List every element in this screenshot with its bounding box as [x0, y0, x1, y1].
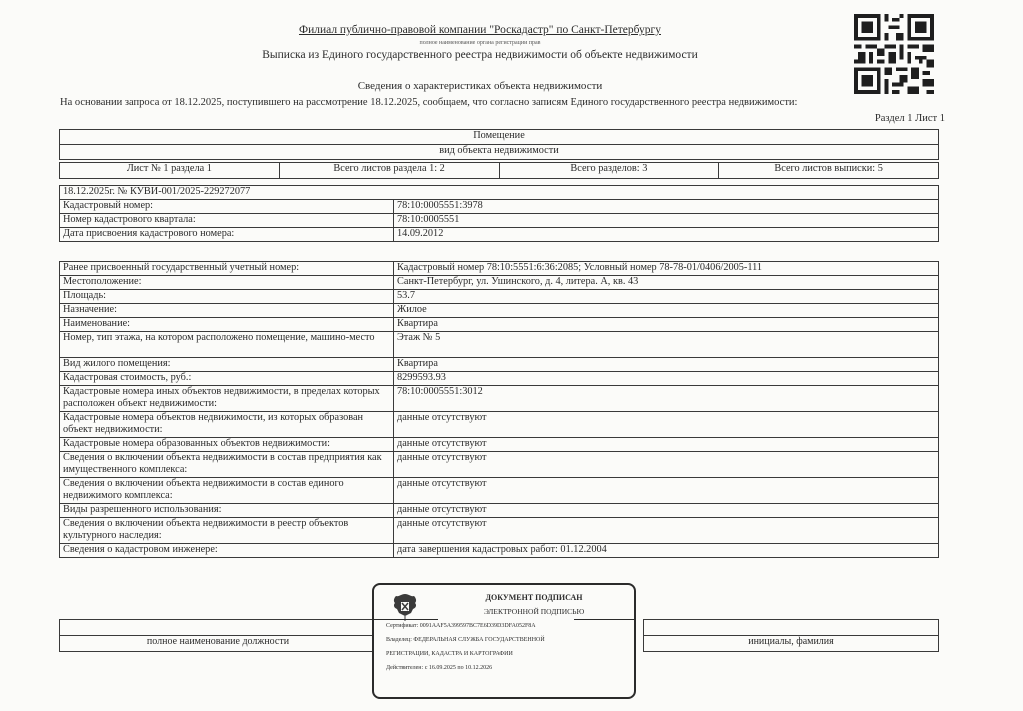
table-row: Дата присвоения кадастрового номера: 14.…	[60, 228, 939, 242]
characteristics-table: Ранее присвоенный государственный учетны…	[59, 261, 939, 558]
sheets-in-section: Всего листов раздела 1: 2	[279, 163, 499, 179]
stamp-heading: ДОКУМЕНТ ПОДПИСАН	[444, 593, 624, 602]
organization-name: Филиал публично-правовой компании "Роска…	[240, 24, 720, 36]
table-row: Кадастровые номера объектов недвижимости…	[60, 412, 939, 438]
row-label: Кадастровые номера образованных объектов…	[60, 438, 394, 452]
sections-total: Всего разделов: 3	[499, 163, 719, 179]
row-value: 78:10:0005551	[394, 214, 939, 228]
stamp-validity: Действителен: с 16.09.2025 по 10.12.2026	[386, 665, 492, 671]
stamp-certificate: Сертификат: 0091AAF5A399597BC7E6D39D3DFA…	[386, 623, 536, 629]
row-label: Дата присвоения кадастрового номера:	[60, 228, 394, 242]
row-value: Кадастровый номер 78:10:5551:6:36:2085; …	[394, 262, 939, 276]
table-row: Кадастровая стоимость, руб.:8299593.93	[60, 372, 939, 386]
row-label: Сведения о включении объекта недвижимост…	[60, 452, 394, 478]
table-row: Сведения о кадастровом инженере:дата зав…	[60, 544, 939, 558]
stamp-owner-line2: РЕГИСТРАЦИИ, КАДАСТРА И КАРТОГРАФИИ	[386, 651, 513, 657]
row-value: данные отсутствуют	[394, 412, 939, 438]
section-sheet-label: Раздел 1 Лист 1	[875, 113, 945, 124]
table-row: Сведения о включении объекта недвижимост…	[60, 478, 939, 504]
row-value: Этаж № 5	[394, 332, 939, 358]
table-row: Номер, тип этажа, на котором расположено…	[60, 332, 939, 358]
divider	[574, 619, 634, 620]
row-label: Кадастровые номера объектов недвижимости…	[60, 412, 394, 438]
row-label: Виды разрешенного использования:	[60, 504, 394, 518]
row-value: 78:10:0005551:3978	[394, 200, 939, 214]
row-label: Сведения о включении объекта недвижимост…	[60, 478, 394, 504]
row-value: данные отсутствуют	[394, 438, 939, 452]
row-label: Номер, тип этажа, на котором расположено…	[60, 332, 394, 358]
coat-of-arms-icon	[390, 591, 420, 621]
name-caption: инициалы, фамилия	[644, 636, 939, 652]
table-row: Виды разрешенного использования:данные о…	[60, 504, 939, 518]
row-label: Сведения о включении объекта недвижимост…	[60, 518, 394, 544]
table-row: Номер кадастрового квартала: 78:10:00055…	[60, 214, 939, 228]
table-row: Вид жилого помещения:Квартира	[60, 358, 939, 372]
row-value: 78:10:0005551:3012	[394, 386, 939, 412]
object-type-value: Помещение	[60, 130, 939, 145]
table-row: Назначение:Жилое	[60, 304, 939, 318]
registration-reference: 18.12.2025г. № КУВИ-001/2025-229272077	[60, 186, 939, 200]
row-label: Местоположение:	[60, 276, 394, 290]
sheets-total: Всего листов выписки: 5	[719, 163, 939, 179]
position-blank	[60, 620, 377, 636]
row-label: Ранее присвоенный государственный учетны…	[60, 262, 394, 276]
row-value: дата завершения кадастровых работ: 01.12…	[394, 544, 939, 558]
stamp-owner-line1: Владелец: ФЕДЕРАЛЬНАЯ СЛУЖБА ГОСУДАРСТВЕ…	[386, 637, 545, 643]
object-type-caption: вид объекта недвижимости	[60, 145, 939, 160]
basis-statement: На основании запроса от 18.12.2025, пост…	[60, 97, 960, 108]
document-subtitle: Сведения о характеристиках объекта недви…	[200, 80, 760, 92]
row-label: Наименование:	[60, 318, 394, 332]
table-row: Сведения о включении объекта недвижимост…	[60, 452, 939, 478]
table-row: Местоположение:Санкт-Петербург, ул. Ушин…	[60, 276, 939, 290]
row-label: Кадастровый номер:	[60, 200, 394, 214]
qr-code-icon	[853, 14, 935, 94]
row-value: данные отсутствуют	[394, 452, 939, 478]
table-row: Кадастровые номера образованных объектов…	[60, 438, 939, 452]
row-value: Санкт-Петербург, ул. Ушинского, д. 4, ли…	[394, 276, 939, 290]
table-row: Площадь:53.7	[60, 290, 939, 304]
row-label: Номер кадастрового квартала:	[60, 214, 394, 228]
sheet-info-table: Лист № 1 раздела 1 Всего листов раздела …	[59, 162, 939, 179]
row-value: 14.09.2012	[394, 228, 939, 242]
registration-table: 18.12.2025г. № КУВИ-001/2025-229272077 К…	[59, 185, 939, 242]
row-value: Квартира	[394, 318, 939, 332]
row-value: 8299593.93	[394, 372, 939, 386]
row-label: Сведения о кадастровом инженере:	[60, 544, 394, 558]
table-row: Кадастровые номера иных объектов недвижи…	[60, 386, 939, 412]
row-label: Кадастровые номера иных объектов недвижи…	[60, 386, 394, 412]
table-row: Сведения о включении объекта недвижимост…	[60, 518, 939, 544]
row-value: данные отсутствуют	[394, 478, 939, 504]
row-label: Назначение:	[60, 304, 394, 318]
row-label: Кадастровая стоимость, руб.:	[60, 372, 394, 386]
object-type-table: Помещение вид объекта недвижимости	[59, 129, 939, 160]
row-value: Жилое	[394, 304, 939, 318]
row-value: данные отсутствуют	[394, 518, 939, 544]
organization-caption: полное наименование органа регистрации п…	[240, 40, 720, 46]
document-title: Выписка из Единого государственного реес…	[200, 49, 760, 61]
row-value: данные отсутствуют	[394, 504, 939, 518]
stamp-subheading: ЭЛЕКТРОННОЙ ПОДПИСЬЮ	[444, 607, 624, 616]
name-blank	[644, 620, 939, 636]
table-row: Кадастровый номер: 78:10:0005551:3978	[60, 200, 939, 214]
sheet-number: Лист № 1 раздела 1	[60, 163, 280, 179]
row-label: Вид жилого помещения:	[60, 358, 394, 372]
position-caption: полное наименование должности	[60, 636, 377, 652]
table-row: Ранее присвоенный государственный учетны…	[60, 262, 939, 276]
row-label: Площадь:	[60, 290, 394, 304]
divider	[374, 619, 438, 620]
electronic-signature-stamp: ДОКУМЕНТ ПОДПИСАН ЭЛЕКТРОННОЙ ПОДПИСЬЮ С…	[372, 583, 636, 699]
table-row: Наименование:Квартира	[60, 318, 939, 332]
row-value: Квартира	[394, 358, 939, 372]
row-value: 53.7	[394, 290, 939, 304]
